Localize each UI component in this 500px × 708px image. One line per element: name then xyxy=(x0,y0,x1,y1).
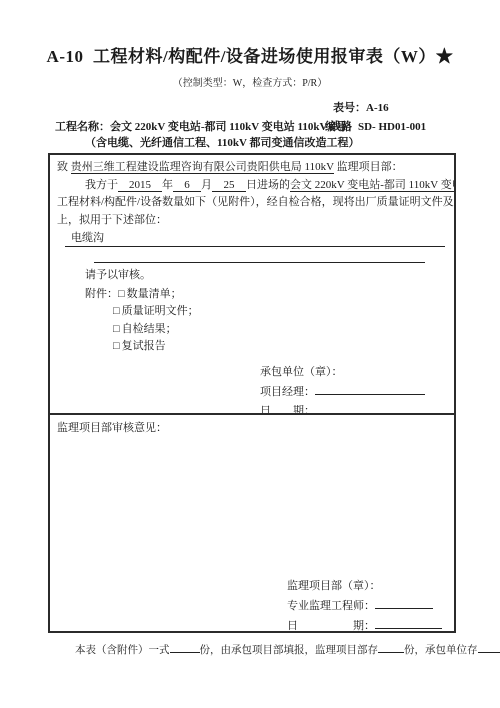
attachments-label: 附件： xyxy=(57,286,118,304)
supervisor-engineer-field xyxy=(375,596,433,609)
addressee-suffix: 监理项目部： xyxy=(337,161,403,173)
review-opinion-title: 监理项目部审核意见： xyxy=(57,420,447,438)
addressee-prefix: 致 xyxy=(57,161,68,173)
footer-text-2: 份，由承包项目部填报，监理项目部存 xyxy=(200,645,379,656)
document-number-label: 编号： xyxy=(325,121,358,133)
checkbox-icon: □ xyxy=(113,303,120,321)
year-field: 2015 xyxy=(118,179,162,192)
attachment-row-4: □复试报告 xyxy=(57,338,447,356)
arrival-text-3: 月 xyxy=(201,179,212,191)
attachment-row-2: □质量证明文件； xyxy=(57,303,447,321)
addressee-line: 致 贵州三维工程建设监理咨询有限公司贵阳供电局 110kV 监理项目部： xyxy=(57,159,447,177)
supervisor-signature-block: 监理项目部（章）： 专业监理工程师： 日 期： xyxy=(287,577,442,631)
contractor-date-label: 日 期： xyxy=(260,405,315,415)
form-subtitle: （控制类型：W，检查方式：P/R） xyxy=(0,74,500,89)
sheet-number: 表号：A-16 xyxy=(333,99,500,115)
attachment-item: □数量清单； xyxy=(118,286,182,304)
document-number-value: SD- HD01-001 xyxy=(358,121,426,133)
day-field: 25 xyxy=(212,179,246,192)
project-name-label: 工程名称： xyxy=(55,121,110,133)
form-body-box: 致 贵州三维工程建设监理咨询有限公司贵阳供电局 110kV 监理项目部： 我方于… xyxy=(48,153,456,633)
footer-text-1: 本表（含附件）一式 xyxy=(75,645,170,656)
contractor-signature-block: 承包单位（章）： 项目经理： 日 期： xyxy=(260,363,425,415)
checkbox-icon: □ xyxy=(118,286,125,304)
contractor-date-line: 日 期： xyxy=(260,401,425,415)
project-manager-field xyxy=(315,382,425,395)
blank-fill-line xyxy=(94,262,425,263)
review-request-line: 请予以审核。 xyxy=(57,267,447,285)
checkbox-icon: □ xyxy=(113,338,120,356)
supervisor-date-field xyxy=(375,616,442,629)
body-text-line2: 上，拟用于下述部位： xyxy=(57,212,447,230)
attachment-label: 质量证明文件； xyxy=(122,305,199,317)
arrival-date-line: 我方于2015年6月25日进场的会文 220kV 变电站-都司 110kV 变电… xyxy=(57,177,447,195)
footer-text-3: 份，承包单位存 xyxy=(404,645,478,656)
supervisor-date-line: 日 期： xyxy=(287,616,442,631)
project-name-value: 会文 220kV 变电站-都司 110kV 变电站 110kV 线路 xyxy=(110,121,352,133)
supervisor-seal-label: 监理项目部（章）： xyxy=(287,577,442,596)
project-name-row: 工程名称：会文 220kV 变电站-都司 110kV 变电站 110kV 线路 … xyxy=(55,118,500,133)
addressee-value: 贵州三维工程建设监理咨询有限公司贵阳供电局 110kV xyxy=(71,161,334,174)
supervisor-review-section: 监理项目部审核意见： 监理项目部（章）： 专业监理工程师： 日 期： xyxy=(50,415,454,631)
project-name-line2: （含电缆、光纤通信工程、110kV 都司变通信改造工程） xyxy=(85,134,500,150)
contractor-seal-label: 承包单位（章）： xyxy=(260,363,425,382)
form-title: A-10 工程材料/构配件/设备进场使用报审表（W）★ xyxy=(0,42,500,67)
sheet-number-value: A-16 xyxy=(366,102,389,114)
copies-contractor-field xyxy=(478,640,500,653)
supervisor-date-label: 日 期： xyxy=(287,620,375,631)
usage-location-value: 电缆沟 xyxy=(71,232,104,244)
arrival-project-name: 会文 220kV 变电站-都司 110kV 变电站 110kV 线路 xyxy=(290,179,454,192)
attachments-list: 附件： □数量清单； □质量证明文件； □自检结果； □复试报告 xyxy=(57,286,447,356)
project-manager-line: 项目经理： xyxy=(260,382,425,402)
attachment-row-3: □自检结果； xyxy=(57,321,447,339)
month-field: 6 xyxy=(173,179,201,192)
attachment-label: 复试报告 xyxy=(122,340,166,352)
contractor-request-section: 致 贵州三维工程建设监理咨询有限公司贵阳供电局 110kV 监理项目部： 我方于… xyxy=(50,155,454,415)
copies-supervisor-field xyxy=(378,640,404,653)
contractor-date-field xyxy=(315,401,420,414)
attachment-label: 自检结果； xyxy=(122,323,177,335)
usage-location-field: 电缆沟 xyxy=(65,231,445,247)
copies-total-field xyxy=(170,640,200,653)
project-manager-label: 项目经理： xyxy=(260,386,315,398)
supervisor-engineer-label: 专业监理工程师： xyxy=(287,600,375,612)
document-number: 编号：SD- HD01-001 xyxy=(325,118,426,134)
attachment-row-1: 附件： □数量清单； xyxy=(57,286,447,304)
form-page: A-10 工程材料/构配件/设备进场使用报审表（W）★ （控制类型：W，检查方式… xyxy=(0,0,500,708)
arrival-text-1: 我方于 xyxy=(85,179,118,191)
sheet-number-label: 表号： xyxy=(333,102,366,114)
distribution-note: 本表（含附件）一式份，由承包项目部填报，监理项目部存份，承包单位存份。 xyxy=(75,640,500,657)
supervisor-engineer-line: 专业监理工程师： xyxy=(287,596,442,616)
arrival-text-4: 日进场的 xyxy=(246,179,290,191)
checkbox-icon: □ xyxy=(113,321,120,339)
attachment-label: 数量清单； xyxy=(127,288,182,300)
arrival-text-2: 年 xyxy=(162,179,173,191)
body-text-line1: 工程材料/构配件/设备数量如下（见附件），经自检合格，现将出厂质量证明文件及自检… xyxy=(57,194,447,212)
